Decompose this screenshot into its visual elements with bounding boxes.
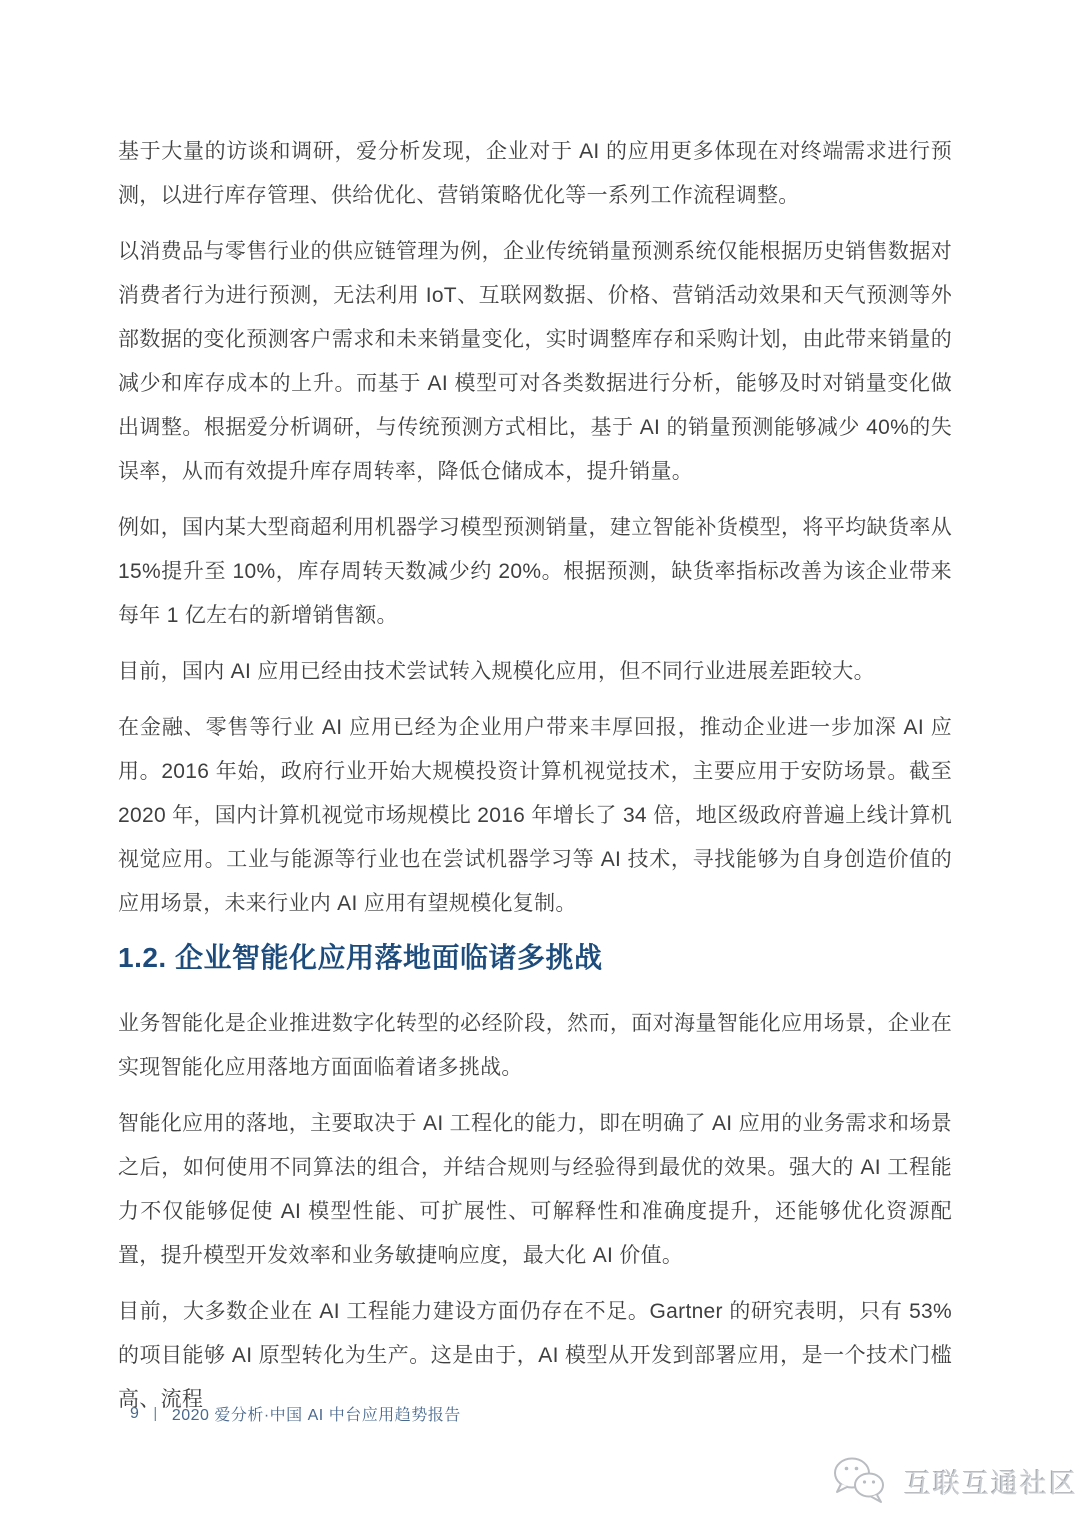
paragraph: 智能化应用的落地，主要取决于 AI 工程化的能力，即在明确了 AI 应用的业务需… — [118, 1102, 952, 1278]
paragraph: 业务智能化是企业推进数字化转型的必经阶段，然而，面对海量智能化应用场景，企业在实… — [118, 1002, 952, 1090]
paragraph: 以消费品与零售行业的供应链管理为例，企业传统销量预测系统仅能根据历史销售数据对消… — [118, 230, 952, 494]
paragraph: 在金融、零售等行业 AI 应用已经为企业用户带来丰厚回报，推动企业进一步加深 A… — [118, 706, 952, 926]
footer-separator: | — [153, 1405, 157, 1422]
document-page: 基于大量的访谈和调研，爱分析发现，企业对于 AI 的应用更多体现在对终端需求进行… — [0, 0, 1080, 1526]
paragraph: 目前，国内 AI 应用已经由技术尝试转入规模化应用，但不同行业进展差距较大。 — [118, 650, 952, 694]
paragraph: 基于大量的访谈和调研，爱分析发现，企业对于 AI 的应用更多体现在对终端需求进行… — [118, 130, 952, 218]
watermark-text: 互联互通社区 — [904, 1462, 1078, 1501]
watermark-logo: 互联互通社区 — [828, 1452, 1078, 1510]
section-heading: 1.2. 企业智能化应用落地面临诸多挑战 — [118, 938, 952, 978]
page-number: 9 — [130, 1405, 139, 1423]
page-footer: 9 | 2020 爱分析·中国 AI 中台应用趋势报告 — [130, 1402, 461, 1425]
paragraph: 例如，国内某大型商超利用机器学习模型预测销量，建立智能补货模型，将平均缺货率从 … — [118, 506, 952, 638]
wechat-icon — [828, 1452, 894, 1510]
page-body: 基于大量的访谈和调研，爱分析发现，企业对于 AI 的应用更多体现在对终端需求进行… — [118, 130, 952, 1434]
footer-report-title: 2020 爱分析·中国 AI 中台应用趋势报告 — [172, 1402, 461, 1425]
